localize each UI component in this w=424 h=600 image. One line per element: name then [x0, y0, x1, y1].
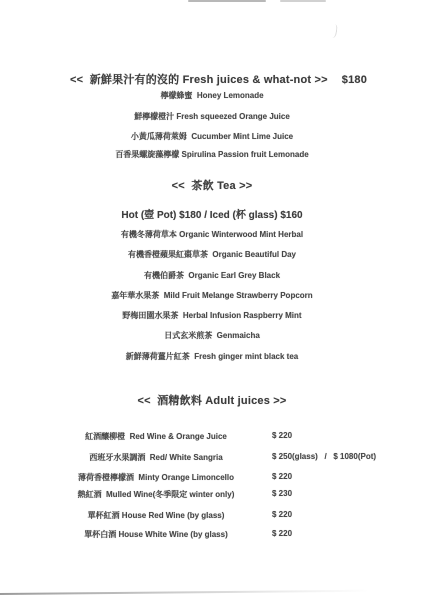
menu-item-row-red-wine-orange: 紅酒釀柳橙 Red Wine & Orange Juice $ 220 — [0, 431, 424, 443]
menu-item-spirulina-lemonade: 百香果螺旋藻檸檬 Spirulina Passion fruit Lemonad… — [0, 149, 424, 160]
menu-item-row-sangria: 西班牙水果調酒 Red/ White Sangria $ 250(glass) … — [0, 452, 424, 464]
scan-artifact-bottom-edge — [0, 589, 424, 595]
section-title-tea: << 茶飲 Tea >> — [0, 177, 424, 193]
section-title-text: << 新鮮果汁有的沒的 Fresh juices & what-not >> — [70, 74, 328, 86]
menu-item-row-house-red: 單杯紅酒 House Red Wine (by glass) $ 220 — [0, 510, 424, 522]
menu-item-genmaicha: 日式玄米煎茶 Genmaicha — [0, 330, 424, 341]
item-price: $ 220 — [272, 529, 292, 538]
item-name: 薄荷香橙檸檬酒 Minty Orange Limoncello — [40, 472, 272, 483]
menu-item-row-mulled-wine: 熱紅酒 Mulled Wine(冬季限定 winter only) $ 230 — [0, 489, 424, 501]
item-name: 熱紅酒 Mulled Wine(冬季限定 winter only) — [40, 489, 272, 500]
menu-item-winterwood-mint: 有機冬薄荷草本 Organic Winterwood Mint Herbal — [0, 229, 424, 240]
item-name: 紅酒釀柳橙 Red Wine & Orange Juice — [40, 431, 272, 442]
item-name: 單杯白酒 House White Wine (by glass) — [40, 529, 272, 540]
menu-item-strawberry-popcorn: 嘉年華水果茶 Mild Fruit Melange Strawberry Pop… — [0, 290, 424, 301]
menu-item-cucumber-mint-lime: 小黃瓜薄荷萊姆 Cucumber Mint Lime Juice — [0, 131, 424, 142]
menu-item-earl-grey: 有機伯爵茶 Organic Earl Grey Black — [0, 270, 424, 281]
menu-page: << 新鮮果汁有的沒的 Fresh juices & what-not >>$1… — [0, 0, 424, 600]
item-name: 西班牙水果調酒 Red/ White Sangria — [40, 452, 272, 463]
menu-item-honey-lemonade: 檸檬蜂蜜 Honey Lemonade — [0, 90, 424, 101]
tea-pricing-subtitle: Hot (壺 Pot) $180 / Iced (杯 glass) $160 — [0, 206, 424, 221]
section-price-fresh-juices: $180 — [342, 74, 367, 86]
item-price: $ 220 — [272, 431, 292, 440]
item-name: 單杯紅酒 House Red Wine (by glass) — [40, 510, 272, 521]
scan-artifact-top-right — [280, 0, 326, 2]
menu-item-row-house-white: 單杯白酒 House White Wine (by glass) $ 220 — [0, 529, 424, 541]
menu-item-ginger-mint-black: 新鮮薄荷薑片紅茶 Fresh ginger mint black tea — [0, 351, 424, 362]
item-price: $ 220 — [272, 472, 292, 481]
item-price: $ 250(glass) / $ 1080(Pot) — [272, 452, 376, 461]
scan-artifact-squiggle — [328, 24, 338, 39]
item-price: $ 230 — [272, 489, 292, 498]
menu-item-beautiful-day: 有機香橙蘋果紅棗草茶 Organic Beautiful Day — [0, 249, 424, 260]
item-price: $ 220 — [272, 510, 292, 519]
menu-item-raspberry-mint: 野梅田園水果茶 Herbal Infusion Raspberry Mint — [0, 310, 424, 321]
menu-item-orange-juice: 鮮檸檬橙汁 Fresh squeezed Orange Juice — [0, 111, 424, 122]
section-title-adult-juices: << 酒精飲料 Adult juices >> — [0, 392, 424, 408]
scan-artifact-top-left — [188, 0, 266, 2]
menu-item-row-limoncello: 薄荷香橙檸檬酒 Minty Orange Limoncello $ 220 — [0, 472, 424, 484]
